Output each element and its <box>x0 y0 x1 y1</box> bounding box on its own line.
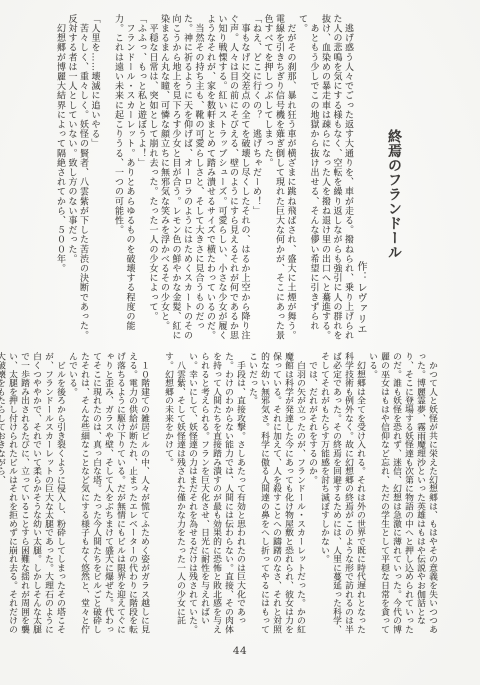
paragraph: 「人里を……壊滅に追いやる」 <box>88 14 100 344</box>
paragraph: 当然その持ち主も、靴の可愛らしさと、そして大きさに見合うものだった。神に祈るよう… <box>158 14 204 344</box>
top-text-block: 終焉のフランドール 作：レヴァリエ 逃げ惑う人々でごった返す大通りを、車が走る。… <box>36 14 438 344</box>
paragraph: あともう少しでこの地獄から抜け出せる、そんな儚い希望に引きずられて。 <box>296 14 319 344</box>
story-title: 終焉のフランドール <box>384 14 404 344</box>
paragraph: フランドール・スカーレット。ありとあらゆるものを破壊する程度の能力。これは遠い未… <box>112 14 135 344</box>
paragraph: では、だれがそれをするのか。 <box>306 352 318 640</box>
paragraph: 幻想郷が博麗大結界によって隔絶されてから、５００年。 <box>54 14 66 344</box>
paragraph: 八雲紫、そして妖怪達は残された僅かな力をたった一人の少女に託す。幻想郷の未来をか… <box>162 352 186 640</box>
bottom-text-block: かつて人と妖怪が共に栄えた幻想郷は、もはやその意義を失いつつあった。博麗霊夢、霧… <box>30 352 438 640</box>
paragraph: 逃げ惑う人々でごった返す大通りを、車が走る。撥ねられ、乗り上げられた人の悲鳴を気… <box>319 14 354 344</box>
paragraph: 事もなげに交差点の全てを破壊し尽くしたそれの、はるか上空から降り注ぐ声。人々は目… <box>204 14 250 344</box>
paragraph: 苦々しく、重々しく。妖怪の賢者、八雲紫が下した苦渋の決断であった。反対する者は一… <box>65 14 88 344</box>
paragraph: かつて人と妖怪が共に栄えた幻想郷は、もはやその意義を失いつつあった。博麗霊夢、霧… <box>366 352 438 640</box>
paragraph: ビルを後ろから引き裂くように侵入し、粉砕してしまったその塔こそが、フランドールス… <box>0 352 66 640</box>
page-number: 44 <box>0 645 480 657</box>
story-author: 作：レヴァリエ <box>353 14 368 344</box>
paragraph: 「ふふっ、もっと私と遊ぼうよ！」 <box>135 14 147 344</box>
paragraph: １０階建ての雑居ビルの中、人々が慌てふためく姿がガラス越しに見える。電力の供給が… <box>66 352 150 640</box>
paragraph: 白羽の矢が立ったのが、フランドール・スカーレットだった。かの紅魔館は科学が発達し… <box>246 352 306 640</box>
paragraph: 平穏な日常は、突如として崩れ去った。たった一人の少女によって。 <box>146 14 158 344</box>
scanned-novel-page: 終焉のフランドール 作：レヴァリエ 逃げ惑う人々でごった返す大通りを、車が走る。… <box>0 0 480 685</box>
paragraph: 「ねえ、どこに行くの？ 逃げちゃだーめ！」 <box>250 14 262 344</box>
paragraph: 幻想郷は全てを受け入れる。それは外の世界で既に時代遅れとなった科学技術も例外なく… <box>318 352 366 640</box>
paragraph: 手段は、直接攻撃。さしあたって有効と思われたのは巨大化であった。わけのわからない… <box>186 352 246 640</box>
paragraph: だがその刹那、暴れ狂う車が横ざまに跳ね飛ばされ、盛大に土煙が舞う。電線を引きちぎ… <box>261 14 296 344</box>
